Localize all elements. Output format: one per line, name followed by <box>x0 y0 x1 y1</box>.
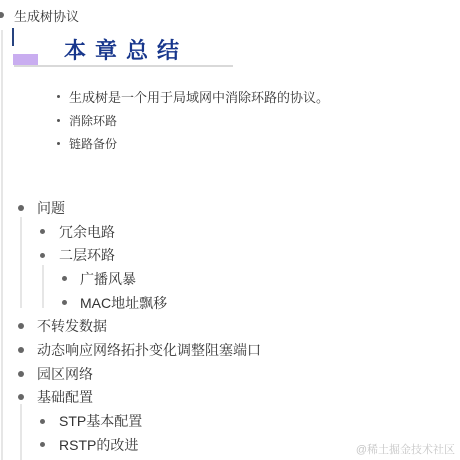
heading-divider <box>14 65 233 67</box>
outline-item-label[interactable]: 园区网络 <box>37 364 93 384</box>
bullet-icon[interactable] <box>62 276 67 281</box>
text-cursor <box>12 28 14 46</box>
bullet-icon[interactable] <box>18 205 24 211</box>
bullet-icon[interactable] <box>40 442 45 447</box>
summary-bullet-label[interactable]: 生成树是一个用于局域网中消除环路的协议。 <box>69 87 329 106</box>
bullet-icon[interactable] <box>0 12 4 18</box>
watermark: @稀土掘金技术社区 <box>356 441 455 457</box>
outline-item[interactable]: 广播风暴 <box>0 267 460 291</box>
bullet-icon[interactable] <box>40 419 45 424</box>
bullet-icon[interactable] <box>62 300 67 305</box>
summary-bullet-label[interactable]: 消除环路 <box>69 112 117 129</box>
summary-title[interactable]: 本章总结 <box>64 34 188 65</box>
summary-bullet-label[interactable]: 链路备份 <box>69 135 117 152</box>
outline-item-label[interactable]: STP基本配置 <box>59 411 142 431</box>
bullet-icon[interactable] <box>18 394 24 400</box>
outline-item-label[interactable]: 冗余电路 <box>59 222 115 242</box>
outline-item[interactable]: 冗余电路 <box>0 220 460 244</box>
outline-item[interactable]: MAC地址飘移 <box>0 291 460 315</box>
outline-item[interactable]: 动态响应网络拓扑变化调整阻塞端口 <box>0 338 460 362</box>
outline-item[interactable]: 不转发数据 <box>0 314 460 338</box>
outline-item-label[interactable]: 不转发数据 <box>37 316 107 336</box>
summary-bullet-item[interactable]: 链路备份 <box>0 136 117 150</box>
outline-item-label[interactable]: 基础配置 <box>37 387 93 407</box>
bullet-icon <box>57 95 60 98</box>
accent-block <box>13 54 38 65</box>
outline-item-label[interactable]: 二层环路 <box>59 245 115 265</box>
outline-item-label[interactable]: 问题 <box>37 198 65 218</box>
root-outline-item[interactable]: 生成树协议 <box>0 7 79 23</box>
bullet-icon[interactable] <box>18 347 24 353</box>
bullet-icon <box>57 142 60 145</box>
outline-item[interactable]: 问题 <box>0 196 460 220</box>
outline-item-label[interactable]: MAC地址飘移 <box>80 293 167 313</box>
outline-item-label[interactable]: 广播风暴 <box>80 269 136 289</box>
bullet-icon[interactable] <box>18 371 24 377</box>
outline-item[interactable]: 二层环路 <box>0 243 460 267</box>
bullet-icon[interactable] <box>18 323 24 329</box>
outline-list: 问题冗余电路二层环路广播风暴MAC地址飘移不转发数据动态响应网络拓扑变化调整阻塞… <box>0 196 460 457</box>
outline-item[interactable]: STP基本配置 <box>0 409 460 433</box>
document-page: 生成树协议 本章总结 生成树是一个用于局域网中消除环路的协议。 消除环路 链路备… <box>0 0 460 460</box>
bullet-icon[interactable] <box>40 253 45 258</box>
root-item-label[interactable]: 生成树协议 <box>14 6 79 25</box>
summary-bullet-item[interactable]: 消除环路 <box>0 113 117 127</box>
bullet-icon <box>57 119 60 122</box>
outline-item-label[interactable]: RSTP的改进 <box>59 435 138 455</box>
outline-item[interactable]: 园区网络 <box>0 362 460 386</box>
outline-item[interactable]: 基础配置 <box>0 386 460 410</box>
bullet-icon[interactable] <box>40 229 45 234</box>
summary-bullet-item[interactable]: 生成树是一个用于局域网中消除环路的协议。 <box>0 89 329 103</box>
outline-item-label[interactable]: 动态响应网络拓扑变化调整阻塞端口 <box>37 340 261 360</box>
